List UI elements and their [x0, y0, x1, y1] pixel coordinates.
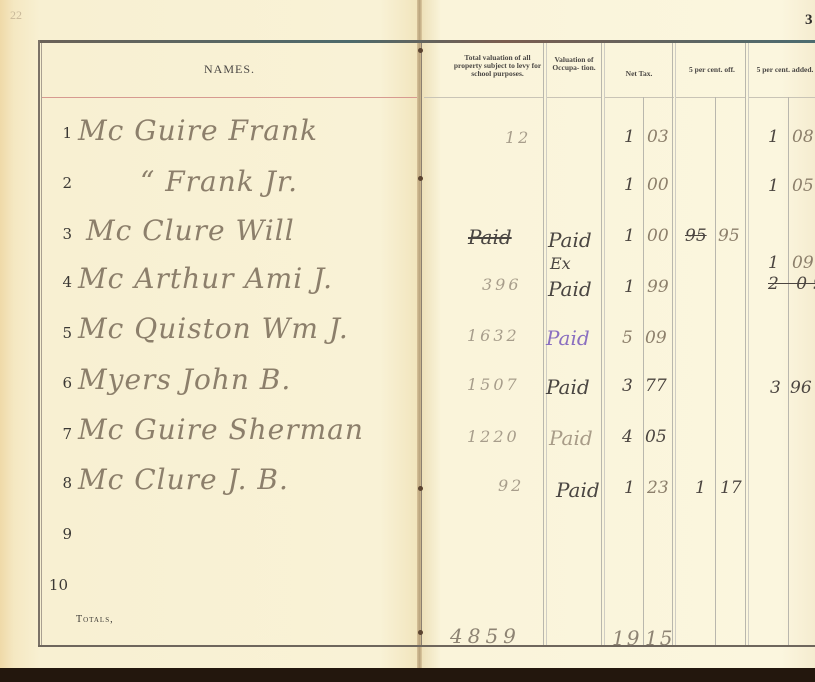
- net-tax-cents: 05: [645, 427, 667, 447]
- header-rule-left: [42, 97, 417, 98]
- totals-valuation: 4859: [450, 624, 521, 648]
- binding-stitch: [418, 176, 423, 181]
- row-number: 6: [50, 374, 72, 392]
- net-tax-dollars: 5: [622, 328, 633, 348]
- header-rule-off: [676, 97, 746, 98]
- net-tax-cents: 23: [647, 478, 669, 498]
- discount-struck: 95: [685, 226, 707, 246]
- header-rule-occupation: [546, 97, 602, 98]
- header-rule-valuation: [424, 97, 544, 98]
- column-rule: [543, 43, 544, 645]
- net-tax-dollars: 1: [624, 478, 635, 498]
- binding-stitch: [418, 630, 423, 635]
- occupation-cell: Paid: [548, 277, 592, 301]
- surcharge-struck: 2 09: [768, 274, 815, 294]
- row-number: 5: [50, 324, 72, 342]
- surcharge-dollars: 3: [770, 378, 781, 398]
- valuation-cell: Paid: [468, 225, 512, 249]
- column-rule: [675, 43, 676, 645]
- table-bottom-rule: [38, 645, 815, 647]
- totals-net-tax-cents: 15: [645, 626, 674, 650]
- row-number: 9: [50, 525, 72, 543]
- ledger-name: Mc Guire Frank: [78, 114, 318, 147]
- column-rule: [643, 97, 644, 645]
- header-five-added: 5 per cent. added.: [752, 66, 815, 74]
- surcharge-cents: 05: [792, 176, 814, 196]
- ledger-name: Mc Arthur Ami J.: [78, 262, 333, 295]
- row-number: 10: [46, 576, 68, 594]
- header-net-tax: Net Tax.: [606, 70, 672, 78]
- ledger-name: Myers John B.: [78, 363, 291, 396]
- discount-cents: 17: [720, 478, 742, 498]
- net-tax-cents: 00: [647, 226, 669, 246]
- occupation-cell: Paid: [556, 478, 600, 502]
- left-page-number: 22: [10, 8, 22, 23]
- row-number: 7: [50, 425, 72, 443]
- column-rule: [421, 43, 422, 645]
- header-valuation-occupation: Valuation of Occupa- tion.: [548, 56, 600, 72]
- surcharge-cents: 08: [792, 127, 814, 147]
- discount-dollars: 1: [695, 478, 706, 498]
- column-rule: [672, 43, 673, 645]
- table-left-inner-rule: [41, 43, 42, 645]
- totals-label: Totals,: [76, 614, 114, 625]
- ledger-name: Mc Clure Will: [86, 214, 295, 247]
- header-rule-nettax: [604, 97, 674, 98]
- binding-stitch: [418, 48, 423, 53]
- net-tax-dollars: 1: [624, 277, 635, 297]
- surcharge-dollars: 1: [768, 253, 779, 273]
- surcharge-cents: 96: [790, 378, 812, 398]
- valuation-cell: 92: [498, 476, 524, 495]
- valuation-cell: 1507: [467, 375, 520, 394]
- table-left-rule: [38, 40, 40, 647]
- net-tax-dollars: 1: [624, 127, 635, 147]
- ledger-name: Mc Quiston Wm J.: [78, 312, 349, 345]
- book-bottom-edge: [0, 668, 815, 682]
- net-tax-cents: 99: [647, 277, 669, 297]
- occupation-cell: Paid: [546, 375, 590, 399]
- net-tax-cents: 09: [645, 328, 667, 348]
- header-total-valuation: Total valuation of all property subject …: [450, 54, 545, 78]
- net-tax-dollars: 3: [622, 376, 633, 396]
- valuation-cell: 1632: [467, 326, 520, 345]
- occupation-cell: Paid: [546, 326, 590, 350]
- column-rule: [745, 43, 746, 645]
- surcharge-cents: 09: [792, 253, 814, 273]
- occupation-note: Ex: [550, 254, 571, 273]
- header-names: NAMES.: [42, 62, 417, 77]
- discount-cents: 95: [718, 226, 740, 246]
- ledger-name: Mc Clure J. B.: [78, 463, 289, 496]
- table-top-rule: [38, 40, 815, 43]
- net-tax-cents: 03: [647, 127, 669, 147]
- row-number: 8: [50, 474, 72, 492]
- ledger-name: “ Frank Jr.: [140, 165, 298, 198]
- header-rule-added: [748, 97, 815, 98]
- row-number: 3: [50, 225, 72, 243]
- net-tax-dollars: 4: [622, 427, 633, 447]
- row-number: 2: [50, 174, 72, 192]
- valuation-cell: 396: [482, 275, 522, 294]
- valuation-cell: 1220: [467, 427, 520, 446]
- net-tax-dollars: 1: [624, 226, 635, 246]
- column-rule: [748, 43, 749, 645]
- occupation-cell: Paid: [549, 426, 593, 450]
- column-rule: [715, 97, 716, 645]
- column-rule: [788, 97, 789, 645]
- row-number: 1: [50, 124, 72, 142]
- net-tax-cents: 00: [647, 175, 669, 195]
- net-tax-cents: 77: [645, 376, 667, 396]
- column-rule: [604, 43, 605, 645]
- surcharge-dollars: 1: [768, 176, 779, 196]
- occupation-cell: Paid: [548, 228, 592, 252]
- surcharge-dollars: 1: [768, 127, 779, 147]
- header-five-off: 5 per cent. off.: [679, 66, 745, 74]
- row-number: 4: [50, 273, 72, 291]
- column-rule: [601, 43, 602, 645]
- right-page-number: 3: [805, 12, 813, 29]
- ledger-name: Mc Guire Sherman: [78, 413, 364, 446]
- valuation-cell: 12: [505, 128, 531, 147]
- ledger-book: 22 3 NAMES. Total valuation of all prope…: [0, 0, 815, 676]
- binding-stitch: [418, 486, 423, 491]
- net-tax-dollars: 1: [624, 175, 635, 195]
- totals-net-tax-dollars: 19: [612, 626, 641, 650]
